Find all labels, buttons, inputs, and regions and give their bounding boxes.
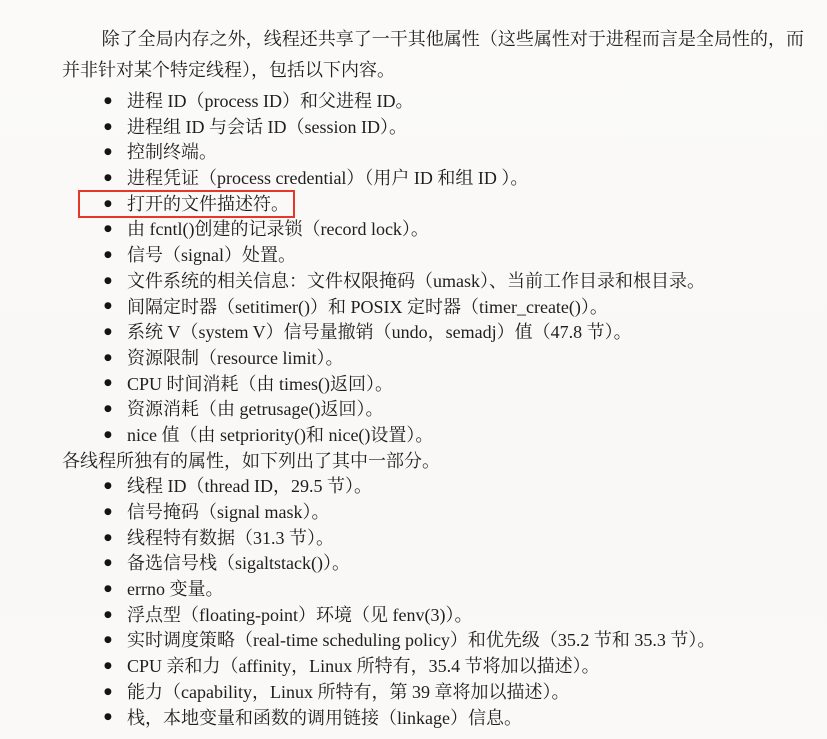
- bullet-icon: ●: [104, 397, 112, 423]
- list-item-text: 进程 ID（process ID）和父进程 ID。: [127, 91, 413, 111]
- list-item-text: 实时调度策略（real-time scheduling policy）和优先级（…: [127, 630, 715, 650]
- bullet-icon: ●: [104, 269, 112, 295]
- list-item-text: 由 fcntl()创建的记录锁（record lock）。: [127, 219, 429, 239]
- list-item-text: 文件系统的相关信息：文件权限掩码（umask）、当前工作目录和根目录。: [127, 271, 705, 291]
- list-item-text: 系统 V（system V）信号量撤销（undo，semadj）值（47.8 节…: [127, 322, 632, 342]
- list-item-text: 信号掩码（signal mask）。: [127, 502, 330, 522]
- bullet-icon: ●: [104, 577, 112, 603]
- thread-attributes-list: ●线程 ID（thread ID，29.5 节）。 ●信号掩码（signal m…: [62, 474, 804, 731]
- list-item: ●文件系统的相关信息：文件权限掩码（umask）、当前工作目录和根目录。: [62, 269, 804, 295]
- list-item: ●系统 V（system V）信号量撤销（undo，semadj）值（47.8 …: [62, 320, 804, 346]
- list-item: ●nice 值（由 setpriority()和 nice()设置）。: [62, 423, 804, 449]
- list-item: ●间隔定时器（setitimer()）和 POSIX 定时器（timer_cre…: [62, 295, 804, 321]
- bullet-icon: ●: [104, 500, 112, 526]
- list-item: ●进程组 ID 与会话 ID（session ID）。: [62, 115, 804, 141]
- bullet-icon: ●: [104, 320, 112, 346]
- page-content: 除了全局内存之外，线程还共享了一干其他属性（这些属性对于进程而言是全局性的，而并…: [62, 24, 804, 731]
- list-item-text: 资源限制（resource limit）。: [127, 348, 343, 368]
- shared-attributes-list: ●进程 ID（process ID）和父进程 ID。 ●进程组 ID 与会话 I…: [62, 89, 804, 449]
- bullet-icon: ●: [104, 474, 112, 500]
- bullet-icon: ●: [104, 243, 112, 269]
- list-item: ●errno 变量。: [62, 577, 804, 603]
- bullet-icon: ●: [104, 192, 112, 218]
- bullet-icon: ●: [104, 140, 112, 166]
- list-item: ●进程 ID（process ID）和父进程 ID。: [62, 89, 804, 115]
- bullet-icon: ●: [104, 372, 112, 398]
- bullet-icon: ●: [104, 603, 112, 629]
- list-item: ●由 fcntl()创建的记录锁（record lock）。: [62, 217, 804, 243]
- list-item: ●线程 ID（thread ID，29.5 节）。: [62, 474, 804, 500]
- list-item: ●栈，本地变量和函数的调用链接（linkage）信息。: [62, 706, 804, 732]
- list-item: ●资源限制（resource limit）。: [62, 346, 804, 372]
- bullet-icon: ●: [104, 680, 112, 706]
- list-item-text: 进程组 ID 与会话 ID（session ID）。: [127, 117, 407, 137]
- list-item: ●CPU 亲和力（affinity，Linux 所特有，35.4 节将加以描述）…: [62, 654, 804, 680]
- bullet-icon: ●: [104, 217, 112, 243]
- bullet-icon: ●: [104, 628, 112, 654]
- list-item-text: 进程凭证（process credential）（用户 ID 和组 ID ）。: [127, 168, 528, 188]
- bullet-icon: ●: [104, 115, 112, 141]
- list-item: ●备选信号栈（sigaltstack()）。: [62, 551, 804, 577]
- list-item-text: 栈，本地变量和函数的调用链接（linkage）信息。: [127, 708, 522, 728]
- bullet-icon: ●: [104, 551, 112, 577]
- list-item-text: 备选信号栈（sigaltstack()）。: [127, 553, 350, 573]
- intro-paragraph: 除了全局内存之外，线程还共享了一干其他属性（这些属性对于进程而言是全局性的，而并…: [62, 24, 804, 86]
- list-item: ●实时调度策略（real-time scheduling policy）和优先级…: [62, 628, 804, 654]
- list-item: ●能力（capability，Linux 所特有，第 39 章将加以描述）。: [62, 680, 804, 706]
- list-item-text: 线程特有数据（31.3 节）。: [127, 528, 334, 548]
- list-item: ●进程凭证（process credential）（用户 ID 和组 ID ）。: [62, 166, 804, 192]
- list-item-text: 控制终端。: [127, 142, 217, 162]
- list-item-text: 资源消耗（由 getrusage()返回）。: [127, 399, 383, 419]
- thread-own-paragraph: 各线程所独有的属性，如下列出了其中一部分。: [62, 449, 804, 475]
- list-item: ●信号（signal）处置。: [62, 243, 804, 269]
- list-item-text: 信号（signal）处置。: [127, 245, 296, 265]
- list-item-text: 线程 ID（thread ID，29.5 节）。: [127, 476, 372, 496]
- bullet-icon: ●: [104, 705, 112, 731]
- bullet-icon: ●: [104, 294, 112, 320]
- list-item-text: 打开的文件描述符。: [127, 194, 289, 214]
- bullet-icon: ●: [104, 526, 112, 552]
- scanned-page: 除了全局内存之外，线程还共享了一干其他属性（这些属性对于进程而言是全局性的，而并…: [0, 0, 827, 739]
- bullet-icon: ●: [104, 423, 112, 449]
- list-item-text: errno 变量。: [127, 579, 223, 599]
- list-item-text: CPU 亲和力（affinity，Linux 所特有，35.4 节将加以描述）。: [127, 656, 600, 676]
- list-item: ●线程特有数据（31.3 节）。: [62, 526, 804, 552]
- list-item: ●控制终端。: [62, 140, 804, 166]
- list-item: ●资源消耗（由 getrusage()返回）。: [62, 397, 804, 423]
- bullet-icon: ●: [104, 89, 112, 115]
- list-item-highlighted: ●打开的文件描述符。: [62, 192, 804, 218]
- list-item: ●浮点型（floating-point）环境（见 fenv(3)）。: [62, 603, 804, 629]
- bullet-icon: ●: [104, 166, 112, 192]
- list-item-text: 浮点型（floating-point）环境（见 fenv(3)）。: [127, 605, 472, 625]
- list-item: ●信号掩码（signal mask）。: [62, 500, 804, 526]
- list-item: ●CPU 时间消耗（由 times()返回）。: [62, 372, 804, 398]
- bullet-icon: ●: [104, 346, 112, 372]
- list-item-text: CPU 时间消耗（由 times()返回）。: [127, 374, 393, 394]
- list-item-text: nice 值（由 setpriority()和 nice()设置）。: [127, 425, 433, 445]
- bullet-icon: ●: [104, 654, 112, 680]
- list-item-text: 间隔定时器（setitimer()）和 POSIX 定时器（timer_crea…: [127, 297, 608, 317]
- list-item-text: 能力（capability，Linux 所特有，第 39 章将加以描述）。: [127, 682, 569, 702]
